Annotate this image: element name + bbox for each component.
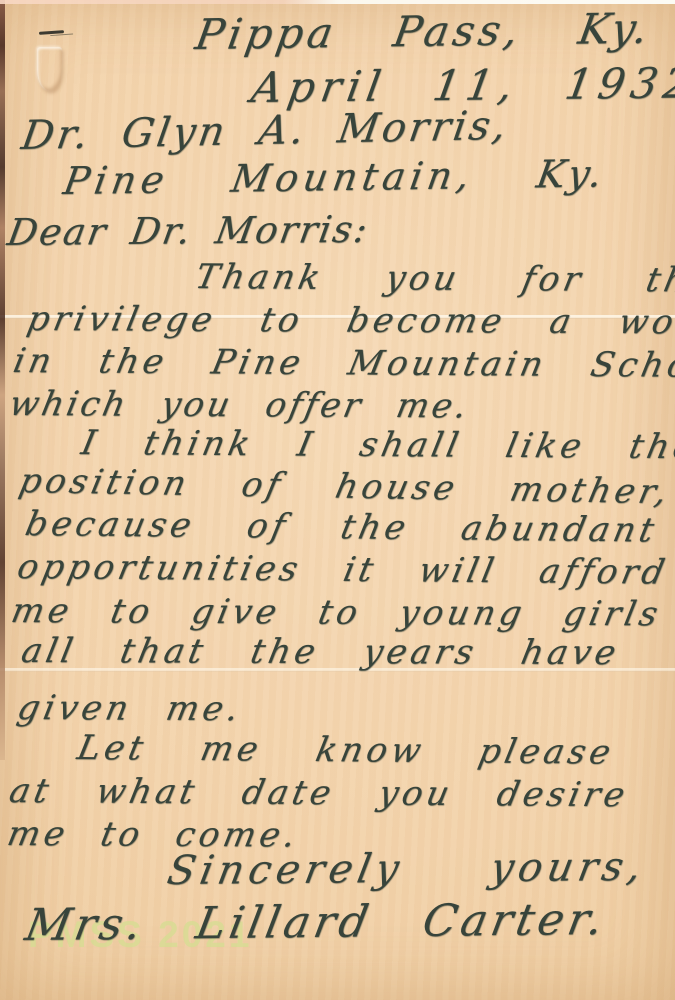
letter-body-line: in the Pine Mountain School	[10, 341, 675, 386]
letter-body-line: all that the years have	[18, 631, 623, 673]
letter-recipient-place: Pine Mountain, Ky.	[60, 151, 610, 203]
letter-body-line: privilege to become a worker	[24, 299, 675, 343]
letter-body-line: me to give to young girls	[8, 591, 665, 634]
letter-body-line: I think I shall like the	[78, 423, 675, 467]
letter-body-line: Let me know please	[74, 728, 618, 773]
letter-body-line: given me.	[14, 688, 246, 729]
letter-closing: Sincerely yours,	[164, 844, 650, 894]
ink-smudge-mark	[39, 30, 64, 35]
letter-body-line: opportunities it will afford	[14, 547, 672, 593]
letter-body-line: at what date you desire	[6, 771, 632, 815]
letter-signature: Mrs. Lillard Carter.	[21, 894, 611, 951]
letter-body-line: because of the abundant	[22, 504, 661, 551]
letter-recipient-name: Dr. Glyn A. Morris,	[18, 103, 512, 159]
letter-place-line: Pippa Pass, Ky.	[192, 4, 655, 59]
scan-edge-left-shadow	[0, 0, 5, 760]
letter-scan-page: PMSS 2021 Pippa Pass, Ky. April 11, 1932…	[0, 0, 675, 1000]
letter-salutation: Dear Dr. Morris:	[4, 208, 372, 254]
paperclip-emboss-mark	[37, 47, 62, 91]
letter-body-line: Thank you for the	[192, 257, 675, 301]
letter-body-line: which you offer me.	[6, 384, 473, 426]
scan-edge-top-strip	[0, 0, 675, 4]
